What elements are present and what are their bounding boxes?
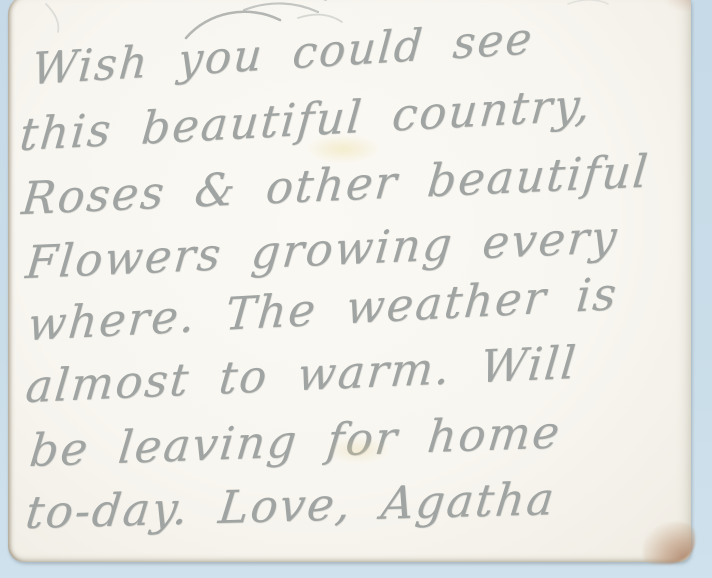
handwriting-line-1: Wish you could see [30,13,536,95]
top-right-edge-discoloration [665,0,691,12]
handwriting-line-7: be leaving for home [27,405,564,477]
bottom-right-corner-stain [643,522,695,564]
handwriting-line-8: to-day. Love, Agatha [23,472,559,539]
handwriting-line-6: almost to warm. Will [23,336,579,413]
postcard-paper: Wish you could see this beautiful countr… [8,0,691,562]
scanned-postcard-image: Wish you could see this beautiful countr… [0,0,712,578]
